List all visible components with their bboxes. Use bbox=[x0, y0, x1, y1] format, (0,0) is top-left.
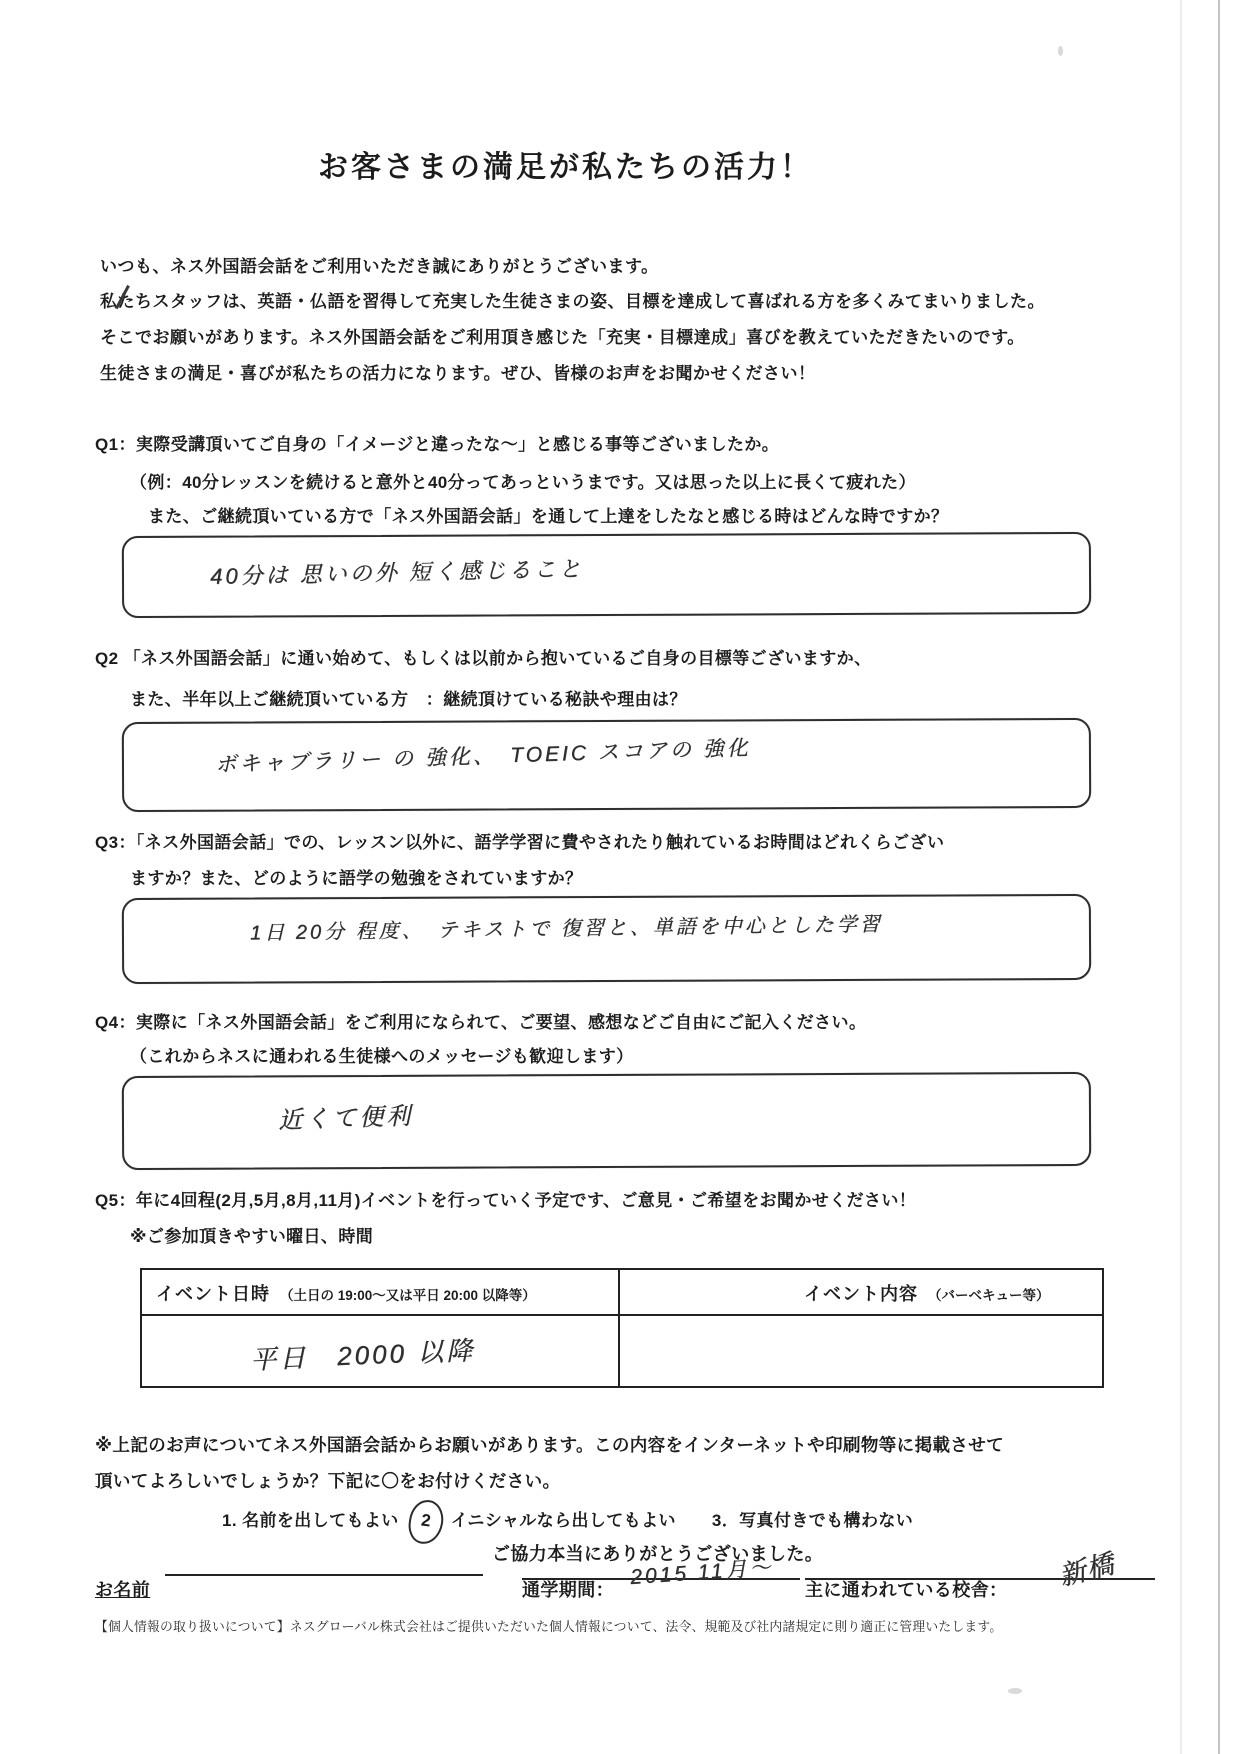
question-q1-label: Q1： bbox=[95, 435, 136, 454]
scan-dust bbox=[1058, 46, 1063, 56]
permission-line2: 頂いてよろしいでしょうか？下記に〇をお付けください。 bbox=[95, 1468, 560, 1493]
question-q2-line2: また、半年以上ご継続頂いている方 ：継続頂けている秘訣や理由は？ bbox=[130, 685, 687, 710]
permission-option-1: 1. 名前を出してもよい bbox=[222, 1511, 399, 1530]
question-q3-line2: ますか？また、どのように語学の勉強をされていますか？ bbox=[130, 864, 582, 889]
event-table-cell-content bbox=[620, 1316, 1098, 1386]
event-table-header-datetime: イベント日時（土日の 19:00～又は平日 20:00 以降等） bbox=[142, 1270, 620, 1314]
question-q1-text: 実際受講頂いてご自身の「イメージと違ったな～」と感じる事等ございましたか。 bbox=[136, 435, 779, 454]
question-q3-text: 「ネス外国語会話」での、レッスン以外に、語学学習に費やされたり触れているお時間は… bbox=[136, 833, 944, 852]
question-q5-label: Q5： bbox=[95, 1191, 136, 1210]
question-q1-line2: （例：40分レッスンを続けると意外と40分ってあっというまです。又は思った以上に… bbox=[130, 468, 916, 493]
scanned-questionnaire-page: お客さまの満足が私たちの活力！ いつも、ネス外国語会話をご利用いただき誠にありが… bbox=[0, 0, 1241, 1754]
event-table-header-content: イベント内容（バーベキュー等） bbox=[620, 1270, 1098, 1314]
question-q3-line1: Q3：「ネス外国語会話」での、レッスン以外に、語学学習に費やされたり触れているお… bbox=[95, 828, 944, 853]
question-q4-text: 実際に「ネス外国語会話」をご利用になられて、ご要望、感想などご自由にご記入くださ… bbox=[136, 1013, 866, 1032]
question-q5-line1: Q5：年に4回程(2月,5月,8月,11月)イベントを行っていく予定です、ご意見… bbox=[95, 1186, 916, 1211]
privacy-note: 【個人情報の取り扱いについて】ネスグローバル株式会社はご提供いただいた個人情報に… bbox=[95, 1616, 1002, 1635]
event-datetime-header-note: （土日の 19:00～又は平日 20:00 以降等） bbox=[280, 1288, 536, 1303]
question-q1-line3: また、ご継続頂いている方で「ネス外国語会話」を通して上達をしたなと感じる時はどん… bbox=[148, 502, 948, 527]
event-table-header-row: イベント日時（土日の 19:00～又は平日 20:00 以降等） イベント内容（… bbox=[142, 1270, 1102, 1316]
event-datetime-header-label: イベント日時 bbox=[156, 1284, 270, 1304]
question-q4-line2: （これからネスに通われる生徒様へのメッセージも歓迎します） bbox=[130, 1042, 634, 1067]
intro-line: いつも、ネス外国語会話をご利用いただき誠にありがとうございます。 bbox=[100, 252, 659, 277]
answer-box-q4 bbox=[122, 1072, 1091, 1170]
question-q2-text: 「ネス外国語会話」に通い始めて、もしくは以前から抱いているご自身の目標等ございま… bbox=[124, 649, 872, 668]
question-q5-text: 年に4回程(2月,5月,8月,11月)イベントを行っていく予定です、ご意見・ご希… bbox=[136, 1191, 916, 1210]
name-field-label: お名前 bbox=[95, 1576, 150, 1602]
name-field-line bbox=[165, 1574, 483, 1576]
scan-dust bbox=[1008, 1688, 1022, 1694]
permission-option-2: イニシャルなら出してもよい bbox=[451, 1511, 676, 1530]
event-content-header-note: （バーベキュー等） bbox=[928, 1288, 1050, 1303]
intro-line: 生徒さまの満足・喜びが私たちの活力になります。ぜひ、皆様のお声をお聞かせください… bbox=[100, 359, 815, 384]
question-q4-line1: Q4：実際に「ネス外国語会話」をご利用になられて、ご要望、感想などご自由にご記入… bbox=[95, 1008, 866, 1033]
handwritten-answer-q4: 近くて便利 bbox=[277, 1096, 413, 1136]
intro-line: そこでお願いがあります。ネス外国語会話をご利用頂き感じた「充実・目標達成」喜びを… bbox=[100, 323, 1025, 348]
question-q5-line2: ※ご参加頂きやすい曜日、時間 bbox=[130, 1222, 373, 1247]
handwritten-school: 新橋 bbox=[1054, 1542, 1118, 1593]
permission-options: 1. 名前を出してもよい2イニシャルなら出してもよい3．写真付きでも構わない bbox=[222, 1500, 913, 1544]
intro-line: 私たちスタッフは、英語・仏語を習得して充実した生徒さまの姿、目標を達成して喜ばれ… bbox=[100, 287, 1045, 312]
question-q2-label: Q2 bbox=[95, 649, 118, 668]
question-q1-line1: Q1：実際受講頂いてご自身の「イメージと違ったな～」と感じる事等ございましたか。 bbox=[95, 430, 779, 455]
scan-edge-line bbox=[1180, 0, 1182, 1754]
permission-option-3: 3．写真付きでも構わない bbox=[712, 1511, 913, 1530]
page-title: お客さまの満足が私たちの活力！ bbox=[318, 142, 813, 186]
question-q4-label: Q4： bbox=[95, 1013, 136, 1032]
event-content-header-label: イベント内容 bbox=[804, 1284, 918, 1304]
scan-edge-line bbox=[1218, 0, 1220, 1754]
permission-line1: ※上記のお声についてネス外国語会話からお願いがあります。この内容をインターネット… bbox=[95, 1432, 1004, 1457]
circled-option-2: 2 bbox=[406, 1498, 445, 1546]
question-q2-line1: Q2 「ネス外国語会話」に通い始めて、もしくは以前から抱いているご自身の目標等ご… bbox=[95, 644, 871, 669]
question-q3-label: Q3： bbox=[95, 833, 136, 852]
